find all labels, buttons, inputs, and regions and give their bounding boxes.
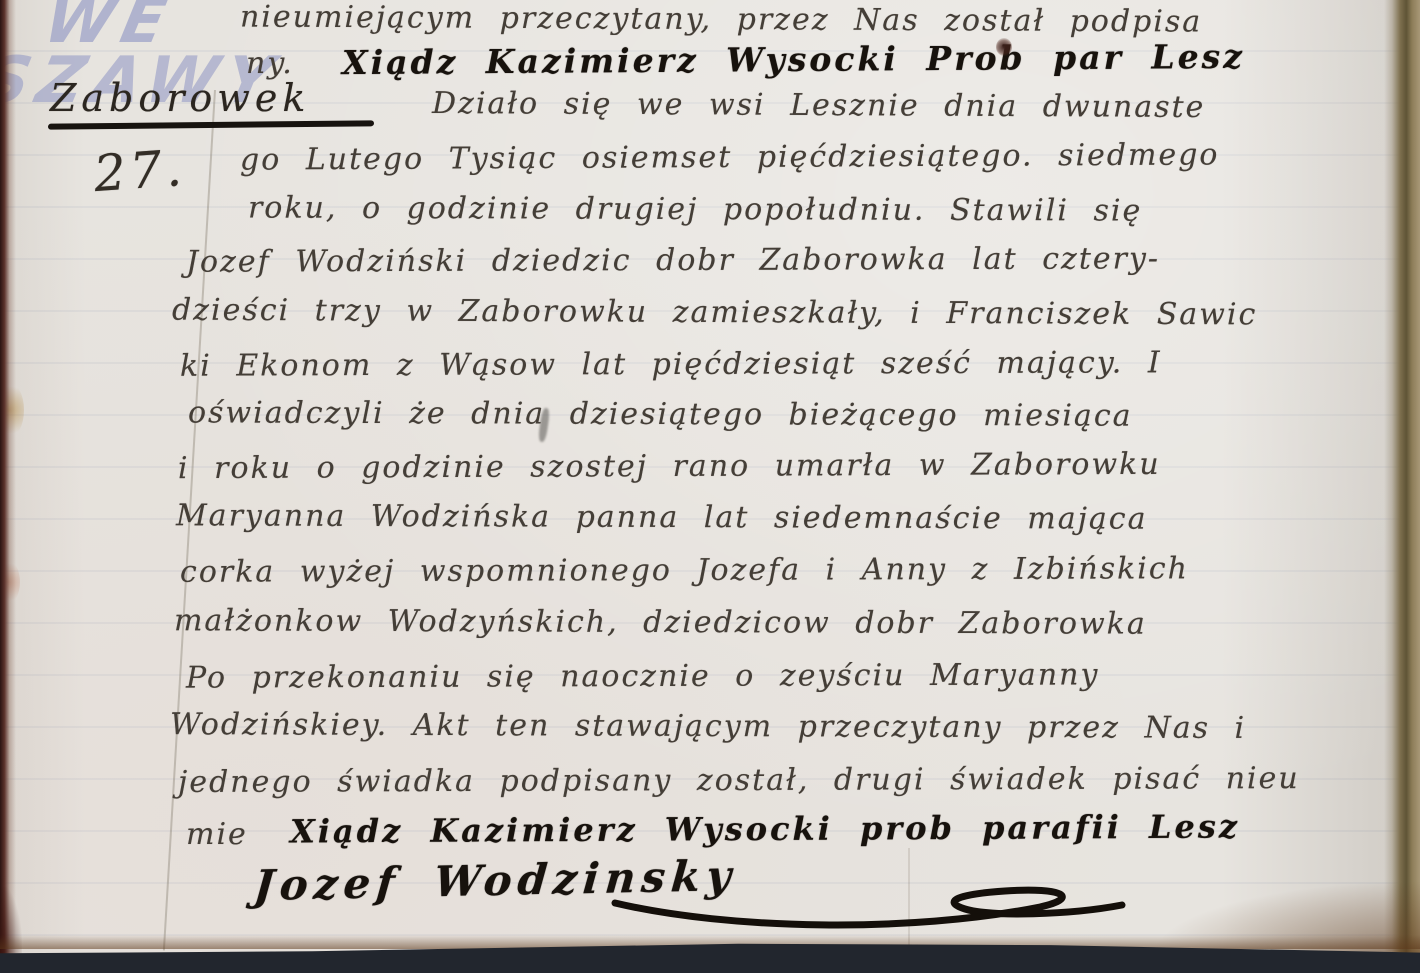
act-number: 27. — [92, 139, 187, 203]
priest-signature-top: Xiądz Kazimierz Wysocki Prob par Lesz — [342, 37, 1245, 82]
manuscript-line: mie — [186, 817, 248, 852]
page-stack-edge — [1384, 0, 1420, 973]
manuscript-line: ki Ekonom z Wąsow lat pięćdziesiąt sześć… — [180, 345, 1162, 383]
manuscript-line: dzieści trzy w Zaborowku zamieszkały, i … — [172, 293, 1257, 333]
manuscript-line: go Lutego Tysiąc osiemset pięćdziesiąteg… — [240, 137, 1220, 177]
manuscript-line: Wodzińskiey. Akt ten stawającym przeczyt… — [170, 707, 1246, 746]
manuscript-line: Maryanna Wodzińska panna lat siedemnaści… — [176, 498, 1148, 536]
manuscript-line: Jozef Wodziński dziedzic dobr Zaborowka … — [186, 241, 1160, 279]
manuscript-line: Po przekonaniu się naocznie o zeyściu Ma… — [186, 657, 1100, 695]
manuscript-line: roku, o godzinie drugiej popołudniu. Sta… — [248, 190, 1142, 228]
manuscript-line: oświadczyli że dnia dziesiątego bieżąceg… — [188, 395, 1133, 433]
priest-signature-bottom: Xiądz Kazimierz Wysocki prob parafii Les… — [290, 808, 1240, 851]
book-gutter-edge — [0, 0, 16, 973]
manuscript-line: i roku o godzinie szostej rano umarła w … — [178, 447, 1161, 486]
manuscript-line: jednego świadka podpisany został, drugi … — [178, 761, 1300, 800]
register-page-scan: WE SZAWY nieumiejącym przeczytany, przez… — [0, 0, 1420, 973]
ink-blot — [996, 38, 1012, 56]
manuscript-line: małżonkow Wodzyńskich, dziedzicow dobr Z… — [174, 603, 1147, 641]
manuscript-line: corka wyżej wspomnionego Jozefa i Anny z… — [180, 551, 1189, 590]
manuscript-line: nieumiejącym przeczytany, przez Nas zost… — [240, 0, 1202, 40]
act-place-heading: Zaborowek — [50, 76, 310, 120]
manuscript-line: Działo się we wsi Lesznie dnia dwunaste — [432, 86, 1206, 125]
